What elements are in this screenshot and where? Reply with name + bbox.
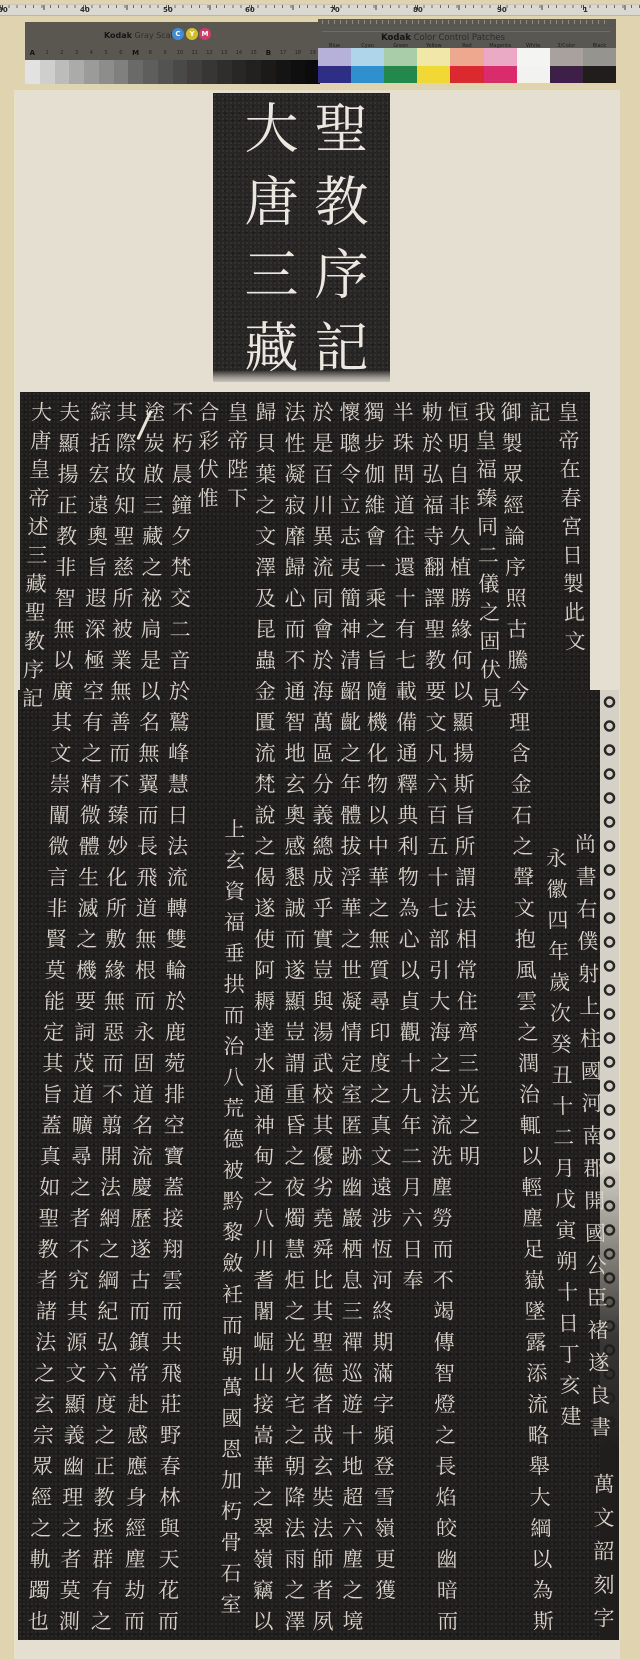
stele-column: 上玄資福垂拱而治八荒德被黔黎斂衽而朝萬國恩加朽骨石室 bbox=[217, 818, 247, 1624]
color-patch-dark bbox=[484, 66, 517, 83]
color-patch-dark bbox=[550, 66, 583, 83]
magenta-marker-icon: M bbox=[199, 28, 211, 40]
color-chart-label: Color Control Patches bbox=[414, 33, 505, 43]
color-patch-dark bbox=[583, 66, 616, 83]
gray-patch bbox=[291, 60, 306, 84]
kodak-gray-scale-chart: Kodak Gray Scale C Y M A 1 2 3 4 5 6 M 8… bbox=[25, 22, 320, 84]
gray-step-label: 10 bbox=[173, 49, 188, 57]
torn-paper-edge bbox=[213, 371, 390, 382]
gray-patch bbox=[99, 60, 114, 84]
color-patch-dark bbox=[318, 66, 351, 83]
kodak-brand-label: Kodak bbox=[381, 33, 411, 43]
gray-step-label: 18 bbox=[291, 49, 306, 57]
stele-column: 合彩伏惟 bbox=[194, 401, 221, 515]
gray-step-label: 12 bbox=[202, 49, 217, 57]
color-patch-light bbox=[450, 48, 483, 66]
gray-step-label: 2 bbox=[55, 49, 70, 57]
gray-step-label: B bbox=[261, 49, 276, 57]
gray-patch bbox=[158, 60, 173, 84]
gray-patch bbox=[55, 60, 70, 84]
gray-patch bbox=[232, 60, 247, 84]
stele-column-honorific: 皇帝陛下 bbox=[223, 401, 250, 515]
gray-patch bbox=[187, 60, 202, 84]
gray-scale-title: Kodak Gray Scale bbox=[104, 31, 178, 41]
gray-patch bbox=[246, 60, 261, 84]
stele-column: 懷聰令立志夷簡神清齠齔之年體拔浮華之世凝情定室匿跡幽巖栖息三禪巡遊十地超六塵之境 bbox=[336, 401, 365, 1641]
color-patch-light bbox=[484, 48, 517, 66]
ruler-label: 1 bbox=[583, 6, 588, 15]
gray-step-labels: A 1 2 3 4 5 6 M 8 9 10 11 12 13 14 15 B … bbox=[25, 49, 320, 57]
ruler-major-ticks bbox=[2, 5, 640, 10]
seal-title-column: 大唐三藏 bbox=[236, 100, 298, 392]
color-patch-light bbox=[318, 48, 351, 66]
color-chart-tick-scale bbox=[322, 20, 610, 32]
gray-step-label: 17 bbox=[276, 49, 291, 57]
measuring-ruler: 30 40 50 60 70 80 90 1 bbox=[0, 4, 640, 16]
color-patch-dark bbox=[517, 66, 550, 83]
gray-step-label: 3 bbox=[69, 49, 84, 57]
color-patch-light bbox=[583, 48, 616, 66]
kodak-brand-label: Kodak bbox=[104, 31, 132, 40]
color-patch-light bbox=[384, 48, 417, 66]
gray-step-label: 5 bbox=[99, 49, 114, 57]
gray-patch-strip bbox=[25, 60, 320, 84]
stele-colophon-engraver: 萬文韶刻字 bbox=[590, 1473, 616, 1641]
gray-step-label: 14 bbox=[232, 49, 247, 57]
ruler-label: 90 bbox=[497, 6, 507, 15]
gray-patch bbox=[128, 60, 143, 84]
gray-step-label: A bbox=[25, 49, 40, 57]
gray-step-label: 11 bbox=[187, 49, 202, 57]
gray-patch bbox=[261, 60, 276, 84]
color-patch-light bbox=[517, 48, 550, 66]
yellow-marker-icon: Y bbox=[186, 28, 198, 40]
cyan-marker-icon: C bbox=[172, 28, 184, 40]
gray-patch bbox=[202, 60, 217, 84]
kodak-color-control-chart: Kodak Color Control Patches Blue Cyan Gr… bbox=[318, 19, 616, 83]
gray-patch bbox=[25, 60, 40, 84]
gray-step-label: 15 bbox=[246, 49, 261, 57]
stele-column: 歸貝葉之文澤及昆蟲金匱流梵說之偈遂使阿耨達水通神甸之八川耆闍崛山接嵩華之翠嶺竊以 bbox=[249, 401, 278, 1641]
gray-patch bbox=[69, 60, 84, 84]
color-patch-row-dark bbox=[318, 66, 616, 83]
stele-column: 記 bbox=[526, 401, 552, 430]
ruler-label: 50 bbox=[163, 6, 173, 15]
gray-step-label: 13 bbox=[217, 49, 232, 57]
gray-step-label: M bbox=[128, 49, 143, 57]
color-patch-light bbox=[351, 48, 384, 66]
color-patch-row-light bbox=[318, 48, 616, 66]
gray-patch bbox=[173, 60, 188, 84]
ruler-label: 80 bbox=[413, 6, 423, 15]
ruler-label: 60 bbox=[245, 6, 255, 15]
gray-patch bbox=[40, 60, 55, 84]
ruler-label: 40 bbox=[80, 6, 90, 15]
gray-patch bbox=[276, 60, 291, 84]
gray-step-label: 9 bbox=[158, 49, 173, 57]
color-patch-light bbox=[550, 48, 583, 66]
color-patch-dark bbox=[450, 66, 483, 83]
gray-patch bbox=[143, 60, 158, 84]
gray-patch bbox=[84, 60, 99, 84]
gray-step-label: 8 bbox=[143, 49, 158, 57]
gray-step-label: 6 bbox=[114, 49, 129, 57]
gray-patch bbox=[114, 60, 129, 84]
ruler-label: 70 bbox=[330, 6, 340, 15]
seal-script-title-rubbing: 大唐三藏 聖教序記 bbox=[213, 93, 390, 382]
seal-title-column: 聖教序記 bbox=[306, 100, 368, 392]
gray-patch bbox=[217, 60, 232, 84]
gray-step-label: 4 bbox=[84, 49, 99, 57]
color-patch-light bbox=[417, 48, 450, 66]
color-patch-dark bbox=[384, 66, 417, 83]
color-patch-dark bbox=[351, 66, 384, 83]
ruler-label: 30 bbox=[0, 6, 8, 15]
stele-column: 法性凝寂靡歸心而不通智地玄奧感懇誠而遂顯豈謂重昏之夜燭慧炬之光火宅之朝降法雨之澤 bbox=[281, 401, 307, 1641]
color-patch-dark bbox=[417, 66, 450, 83]
stele-column: 於是百川異流同會於海萬區分義總成乎實豈與湯武校其優劣堯舜比其聖德者哉玄奘法師者夙 bbox=[309, 401, 335, 1641]
color-chart-title: Kodak Color Control Patches bbox=[373, 33, 513, 43]
gray-step-label: 1 bbox=[40, 49, 55, 57]
